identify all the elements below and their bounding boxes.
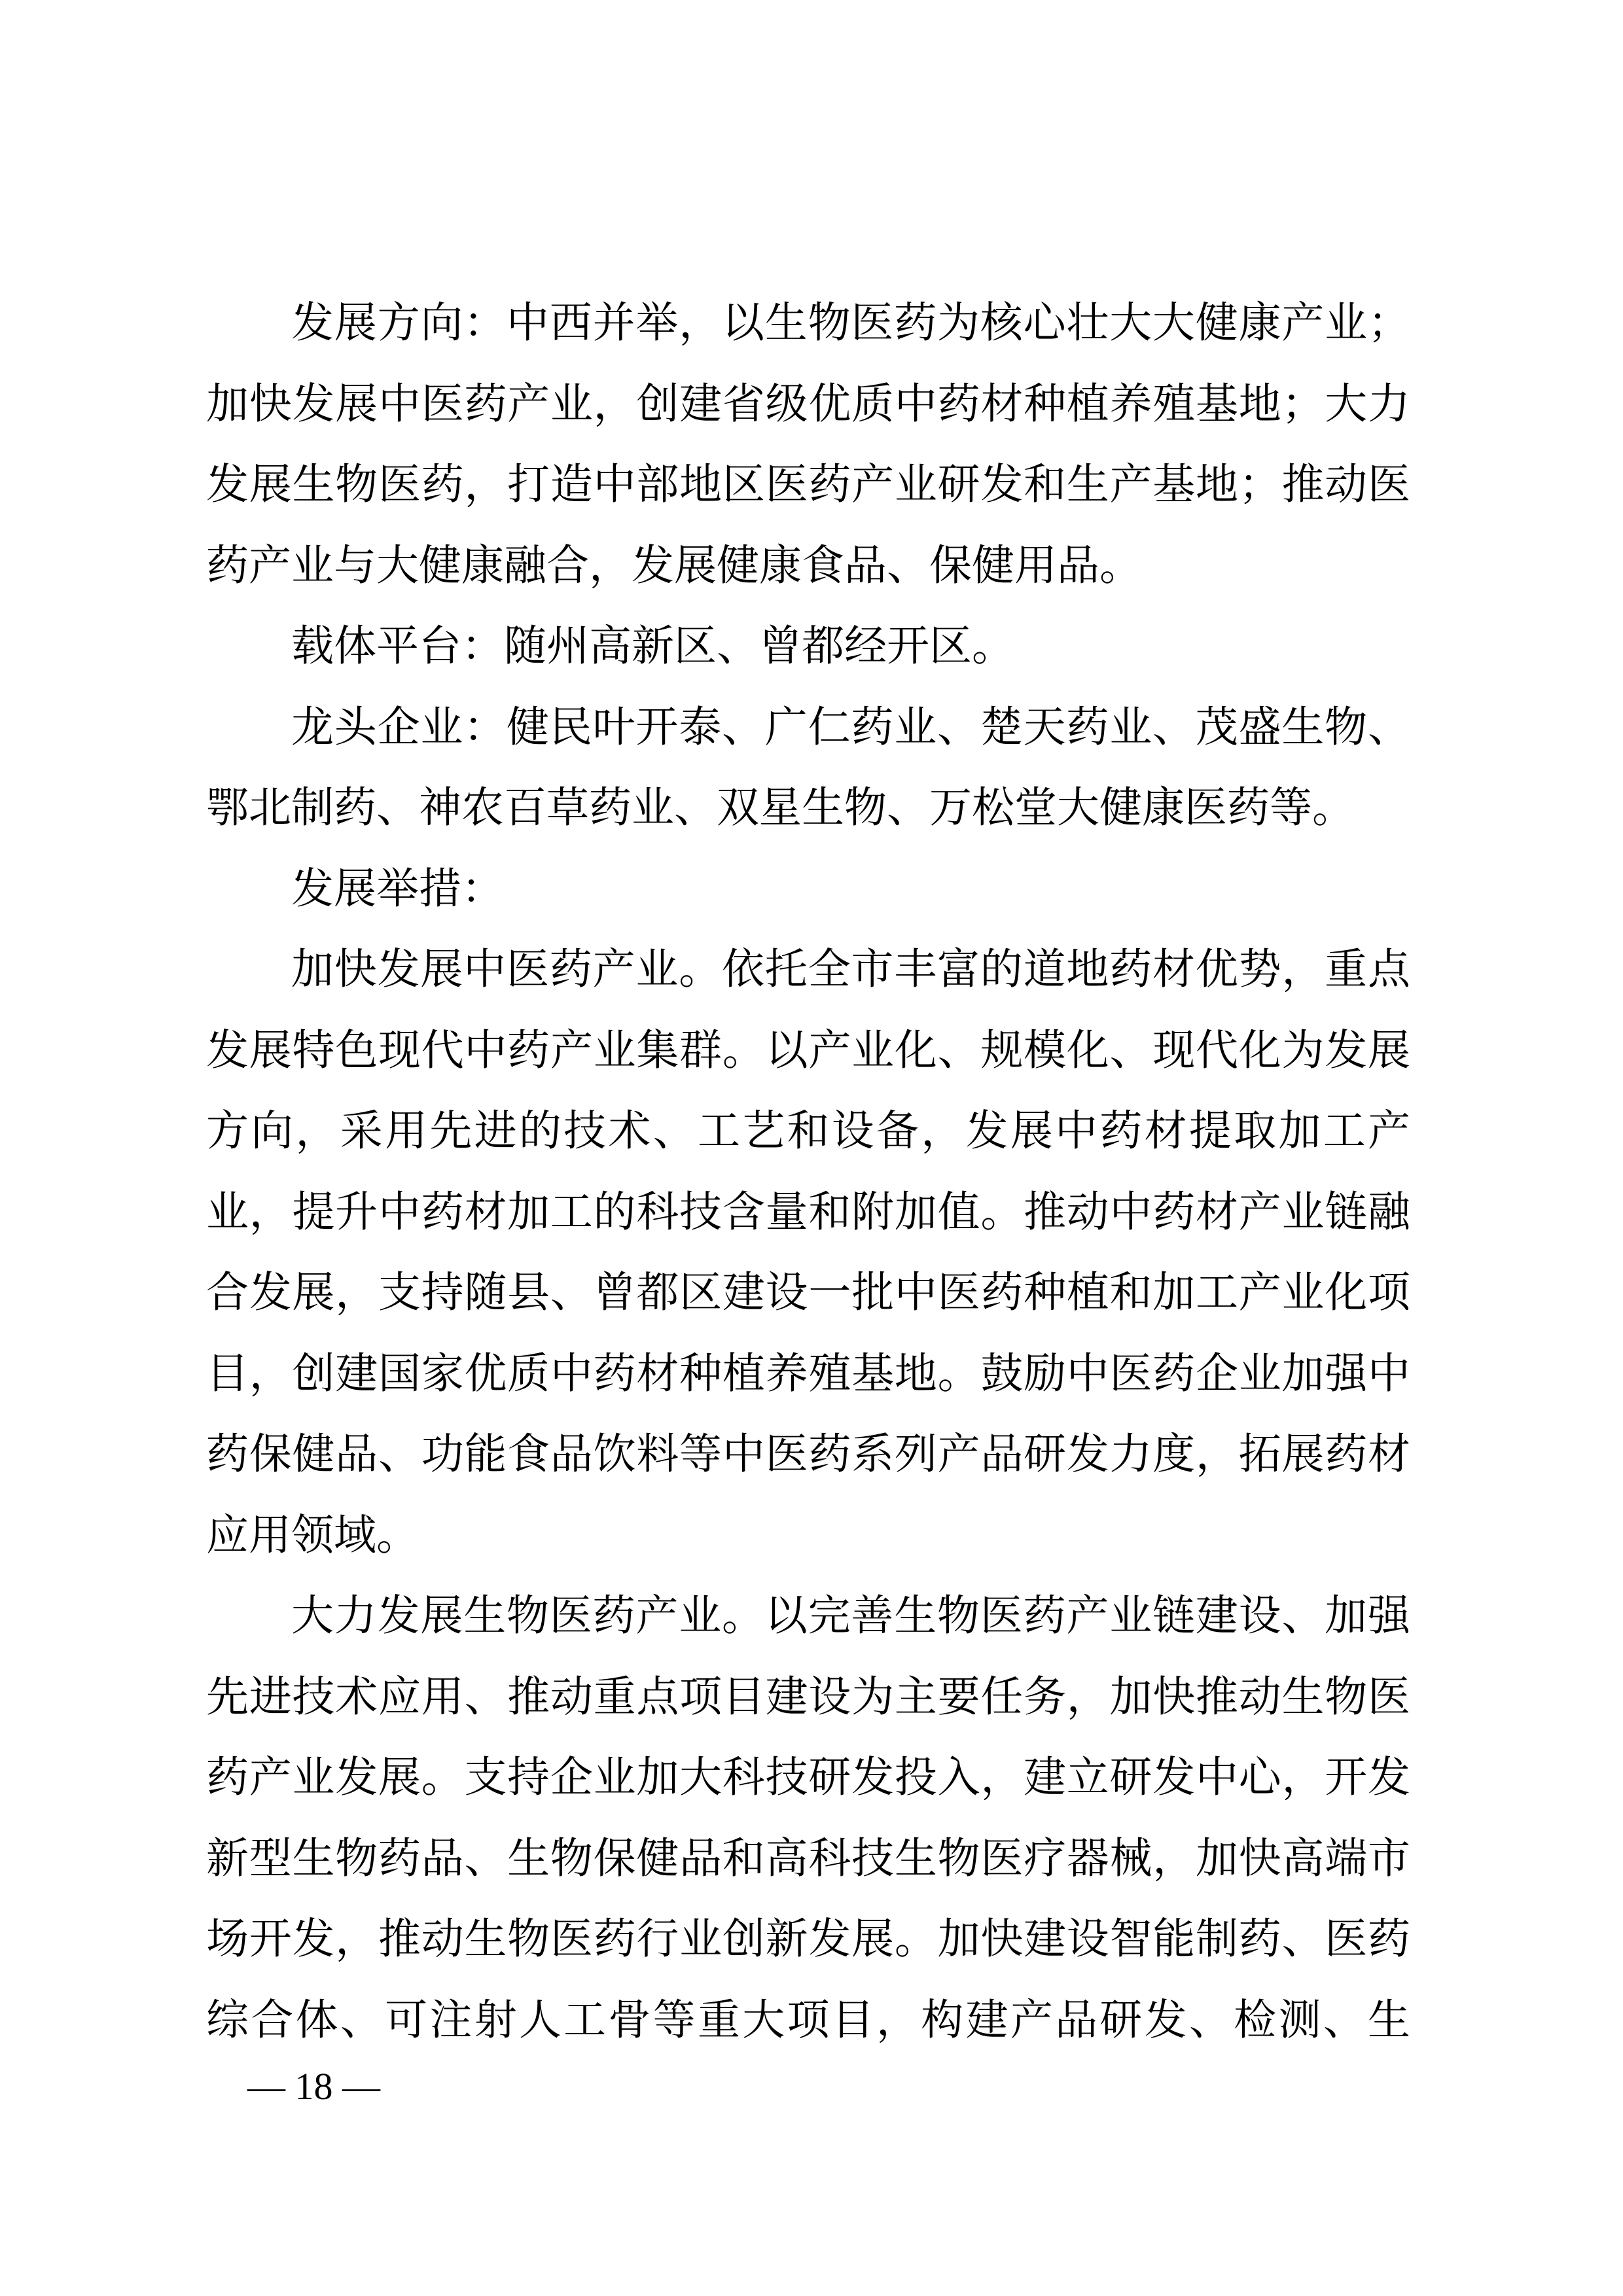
document-page: 发展方向：中西并举，以生物医药为核心壮大大健康产业；加快发展中医药产业，创建省级… [0, 0, 1623, 2296]
text-line: 载体平台：随州高新区、曾都经开区。 [206, 607, 1410, 688]
text-line: 药产业与大健康融合，发展健康食品、保健用品。 [206, 526, 1410, 607]
paragraph-carrier-platform: 载体平台：随州高新区、曾都经开区。 [206, 607, 1410, 688]
document-body: 发展方向：中西并举，以生物医药为核心壮大大健康产业；加快发展中医药产业，创建省级… [206, 283, 1410, 2061]
text-line: 发展举措： [206, 849, 1410, 930]
text-line: 应用领域。 [206, 1496, 1410, 1577]
paragraph-leading-enterprises: 龙头企业：健民叶开泰、广仁药业、楚天药业、茂盛生物、鄂北制药、神农百草药业、双星… [206, 688, 1410, 849]
text-line: 发展方向：中西并举，以生物医药为核心壮大大健康产业； [206, 283, 1410, 364]
paragraph-tcm-industry-measure: 加快发展中医药产业。依托全市丰富的道地药材优势，重点发展特色现代中药产业集群。以… [206, 930, 1410, 1576]
text-line: 药产业发展。支持企业加大科技研发投入，建立研发中心，开发 [206, 1738, 1410, 1819]
text-line: 目，创建国家优质中药材种植养殖基地。鼓励中医药企业加强中 [206, 1334, 1410, 1415]
text-line: 先进技术应用、推动重点项目建设为主要任务，加快推动生物医 [206, 1657, 1410, 1739]
text-line: 大力发展生物医药产业。以完善生物医药产业链建设、加强 [206, 1576, 1410, 1657]
text-line: 龙头企业：健民叶开泰、广仁药业、楚天药业、茂盛生物、 [206, 688, 1410, 769]
page-number: — 18 — [247, 2066, 380, 2107]
paragraph-development-direction: 发展方向：中西并举，以生物医药为核心壮大大健康产业；加快发展中医药产业，创建省级… [206, 283, 1410, 607]
text-line: 鄂北制药、神农百草药业、双星生物、万松堂大健康医药等。 [206, 768, 1410, 849]
paragraph-development-measures-heading: 发展举措： [206, 849, 1410, 930]
text-line: 综合体、可注射人工骨等重大项目，构建产品研发、检测、生 [206, 1981, 1410, 2062]
text-line: 方向，采用先进的技术、工艺和设备，发展中药材提取加工产 [206, 1091, 1410, 1173]
text-line: 场开发，推动生物医药行业创新发展。加快建设智能制药、医药 [206, 1899, 1410, 1981]
text-line: 加快发展中医药产业。依托全市丰富的道地药材优势，重点 [206, 930, 1410, 1011]
text-line: 合发展，支持随县、曾都区建设一批中医药种植和加工产业化项 [206, 1253, 1410, 1334]
text-line: 发展生物医药，打造中部地区医药产业研发和生产基地；推动医 [206, 445, 1410, 526]
text-line: 药保健品、功能食品饮料等中医药系列产品研发力度，拓展药材 [206, 1415, 1410, 1496]
text-line: 新型生物药品、生物保健品和高科技生物医疗器械，加快高端市 [206, 1819, 1410, 1900]
paragraph-biomedicine-industry-measure: 大力发展生物医药产业。以完善生物医药产业链建设、加强先进技术应用、推动重点项目建… [206, 1576, 1410, 2061]
text-line: 业，提升中药材加工的科技含量和附加值。推动中药材产业链融 [206, 1173, 1410, 1254]
text-line: 发展特色现代中药产业集群。以产业化、规模化、现代化为发展 [206, 1011, 1410, 1092]
text-line: 加快发展中医药产业，创建省级优质中药材种植养殖基地；大力 [206, 364, 1410, 446]
